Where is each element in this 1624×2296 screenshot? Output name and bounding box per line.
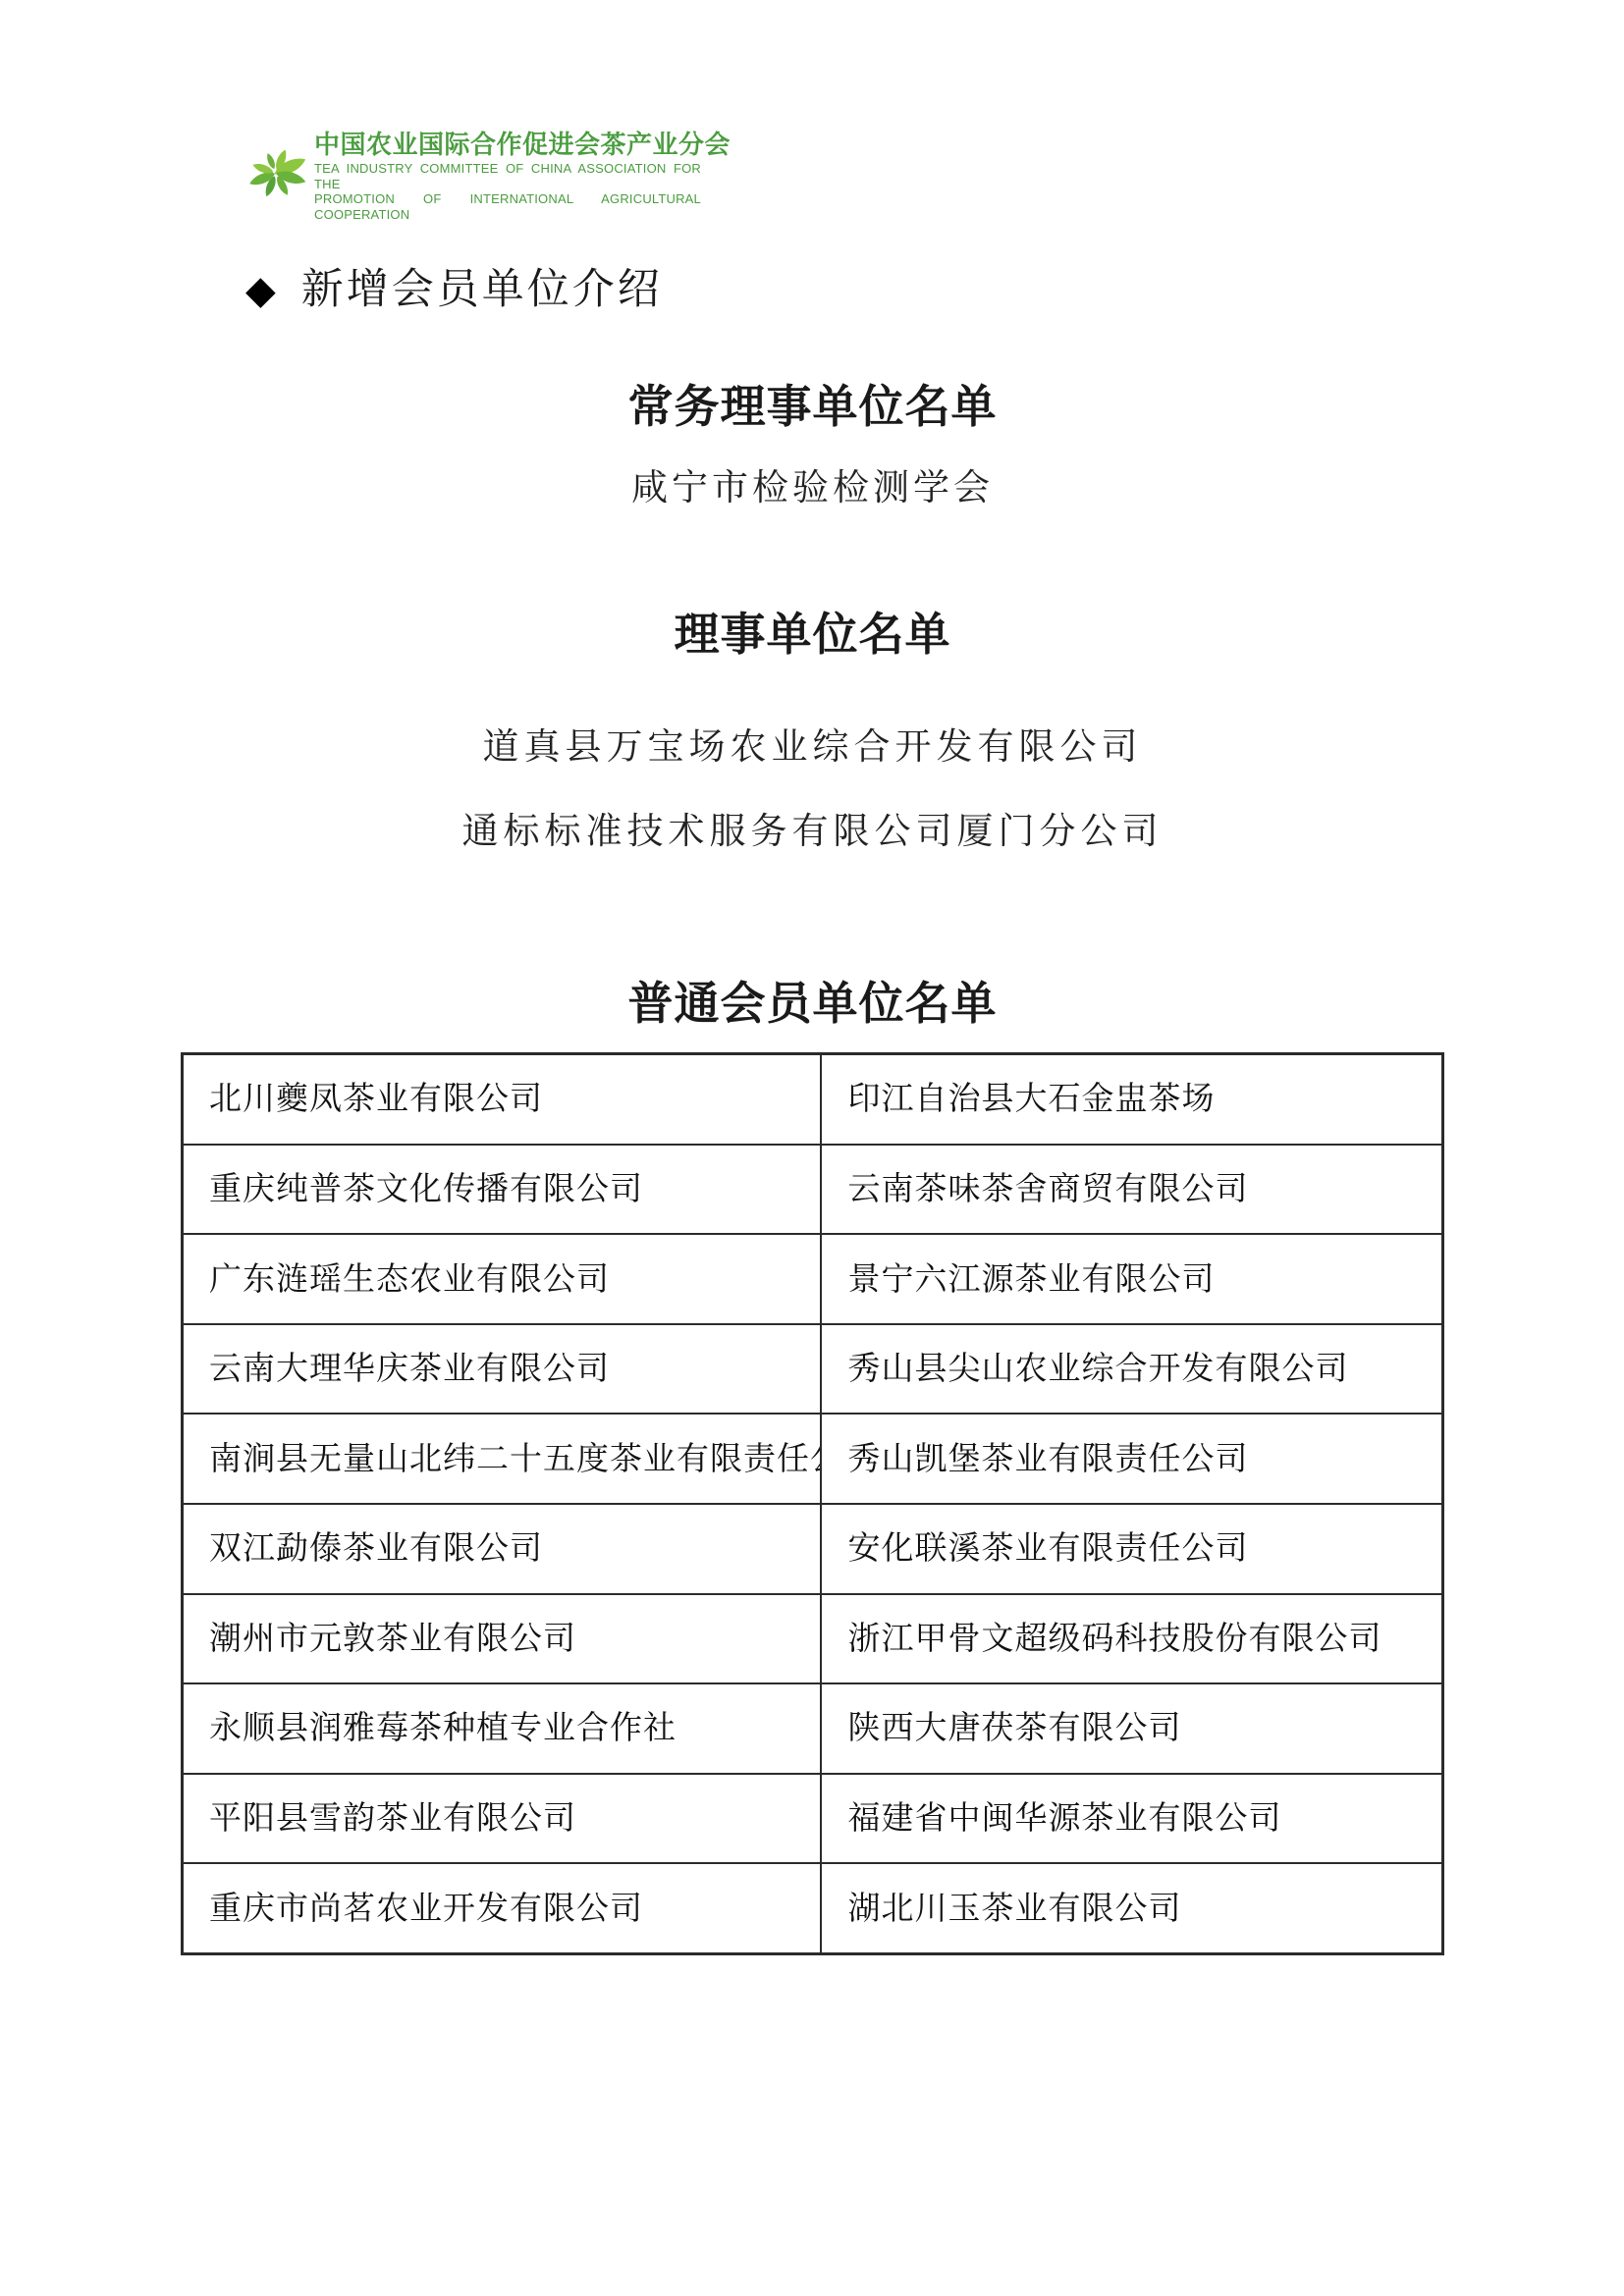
member-cell: 湖北川玉茶业有限公司	[821, 1863, 1442, 1953]
member-cell: 重庆纯普茶文化传播有限公司	[183, 1145, 822, 1235]
member-cell: 云南大理华庆茶业有限公司	[183, 1324, 822, 1415]
member-cell: 陕西大唐茯茶有限公司	[821, 1683, 1442, 1774]
logo-text: 中国农业国际合作促进会茶产业分会 TEA INDUSTRY COMMITTEE …	[314, 128, 731, 222]
member-table: 北川夔凤茶业有限公司印江自治县大石金盅茶场重庆纯普茶文化传播有限公司云南茶味茶舍…	[181, 1052, 1444, 1955]
org-subtitle-en-line1: TEA INDUSTRY COMMITTEE OF CHINA ASSOCIAT…	[314, 161, 701, 191]
heading-standing-directors: 常务理事单位名单	[181, 371, 1444, 436]
member-cell: 云南茶味茶舍商贸有限公司	[821, 1145, 1442, 1235]
member-standing-director-1: 咸宁市检验检测学会	[181, 457, 1444, 510]
member-table-wrap: 北川夔凤茶业有限公司印江自治县大石金盅茶场重庆纯普茶文化传播有限公司云南茶味茶舍…	[181, 1052, 1444, 1955]
heading-directors: 理事单位名单	[181, 599, 1444, 664]
member-cell: 重庆市尚茗农业开发有限公司	[183, 1863, 822, 1953]
logo-block: 中国农业国际合作促进会茶产业分会 TEA INDUSTRY COMMITTEE …	[245, 128, 731, 222]
table-row: 永顺县润雅莓茶种植专业合作社陕西大唐茯茶有限公司	[183, 1683, 1443, 1774]
member-cell: 平阳县雪韵茶业有限公司	[183, 1774, 822, 1864]
member-cell: 广东涟瑶生态农业有限公司	[183, 1234, 822, 1324]
member-cell: 秀山凯堡茶业有限责任公司	[821, 1414, 1442, 1504]
member-cell: 安化联溪茶业有限责任公司	[821, 1504, 1442, 1594]
table-row: 潮州市元敦茶业有限公司浙江甲骨文超级码科技股份有限公司	[183, 1594, 1443, 1684]
member-cell: 印江自治县大石金盅茶场	[821, 1054, 1442, 1145]
member-cell: 福建省中闽华源茶业有限公司	[821, 1774, 1442, 1864]
document-page: 中国农业国际合作促进会茶产业分会 TEA INDUSTRY COMMITTEE …	[0, 0, 1624, 2296]
table-row: 重庆纯普茶文化传播有限公司云南茶味茶舍商贸有限公司	[183, 1145, 1443, 1235]
member-cell: 浙江甲骨文超级码科技股份有限公司	[821, 1594, 1442, 1684]
member-cell: 南涧县无量山北纬二十五度茶业有限责任公司	[183, 1414, 822, 1504]
table-row: 重庆市尚茗农业开发有限公司湖北川玉茶业有限公司	[183, 1863, 1443, 1953]
table-row: 平阳县雪韵茶业有限公司福建省中闽华源茶业有限公司	[183, 1774, 1443, 1864]
heading-ordinary-members: 普通会员单位名单	[181, 968, 1444, 1033]
member-director-2: 通标标准技术服务有限公司厦门分公司	[181, 801, 1444, 854]
member-director-1: 道真县万宝场农业综合开发有限公司	[181, 717, 1444, 770]
member-cell: 秀山县尖山农业综合开发有限公司	[821, 1324, 1442, 1415]
member-cell: 景宁六江源茶业有限公司	[821, 1234, 1442, 1324]
table-row: 北川夔凤茶业有限公司印江自治县大石金盅茶场	[183, 1054, 1443, 1145]
intro-heading: ◆ 新增会员单位介绍	[245, 263, 663, 318]
org-title-cn: 中国农业国际合作促进会茶产业分会	[314, 128, 731, 161]
member-cell: 双江勐傣茶业有限公司	[183, 1504, 822, 1594]
member-cell: 北川夔凤茶业有限公司	[183, 1054, 822, 1145]
intro-title: 新增会员单位介绍	[301, 263, 663, 318]
member-cell: 永顺县润雅莓茶种植专业合作社	[183, 1683, 822, 1774]
table-row: 南涧县无量山北纬二十五度茶业有限责任公司秀山凯堡茶业有限责任公司	[183, 1414, 1443, 1504]
table-row: 双江勐傣茶业有限公司安化联溪茶业有限责任公司	[183, 1504, 1443, 1594]
member-table-body: 北川夔凤茶业有限公司印江自治县大石金盅茶场重庆纯普茶文化传播有限公司云南茶味茶舍…	[183, 1054, 1443, 1954]
diamond-bullet-icon: ◆	[245, 263, 276, 318]
table-row: 广东涟瑶生态农业有限公司景宁六江源茶业有限公司	[183, 1234, 1443, 1324]
member-cell: 潮州市元敦茶业有限公司	[183, 1594, 822, 1684]
table-row: 云南大理华庆茶业有限公司秀山县尖山农业综合开发有限公司	[183, 1324, 1443, 1415]
org-subtitle-en-line2: PROMOTION OF INTERNATIONAL AGRICULTURAL …	[314, 191, 701, 222]
tea-leaves-icon	[245, 135, 308, 212]
